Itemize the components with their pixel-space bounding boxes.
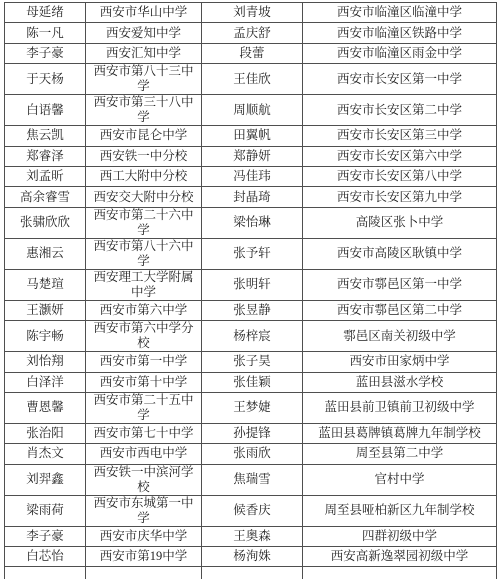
school-name-cell: 西安市临潼区铁路中学 bbox=[303, 23, 497, 43]
student-name-cell: 张治阳 bbox=[5, 423, 86, 443]
student-name-cell: 周顺航 bbox=[202, 95, 303, 126]
roster-row: 肖杰文 西安市西电中学 张雨欣 周至县第二中学 bbox=[5, 444, 497, 464]
student-name-cell: 王灏妍 bbox=[5, 300, 86, 320]
school-name-cell: 西安市第七十中学 bbox=[86, 423, 202, 443]
student-name-cell: 张予轩 bbox=[202, 238, 303, 269]
student-name-cell: 段蕾 bbox=[202, 43, 303, 63]
school-name-cell: 西安市第六中学分校 bbox=[86, 321, 202, 352]
student-name-cell: 张雨欣 bbox=[202, 444, 303, 464]
student-name-cell: 冯佳玮 bbox=[202, 166, 303, 186]
roster-row: 张治阳 西安市第七十中学 孙提锋 蓝田县葛牌镇葛牌九年制学校 bbox=[5, 423, 497, 443]
student-name-cell: 张佳颖 bbox=[202, 372, 303, 392]
roster-row: 曹恩馨 西安市第二十五中学 王梦婕 蓝田县前卫镇前卫初级中学 bbox=[5, 392, 497, 423]
school-name-cell: 西安交大附中分校 bbox=[86, 187, 202, 207]
school-name-cell: 西安市临潼区临潼中学 bbox=[303, 3, 497, 23]
student-name-cell: 焦云凯 bbox=[5, 126, 86, 146]
roster-row: 李子豪 西安汇知中学 段蕾 西安市临潼区雨金中学 bbox=[5, 43, 497, 63]
school-name-cell: 西安市第三十八中学 bbox=[86, 95, 202, 126]
student-name-cell: 陈一凡 bbox=[5, 23, 86, 43]
student-name-cell: 梁怡琳 bbox=[202, 207, 303, 238]
school-name-cell: 西安市临潼区雨金中学 bbox=[303, 43, 497, 63]
school-name-cell: 西安市高陵区耿镇中学 bbox=[303, 238, 497, 269]
school-name-cell: 西安市第一中学 bbox=[86, 352, 202, 372]
roster-row: 母延绪 西安市华山中学 刘青坡 西安市临潼区临潼中学 bbox=[5, 3, 497, 23]
roster-row: 张骕欣欣 西安市第二十六中学 梁怡琳 高陵区张卜中学 bbox=[5, 207, 497, 238]
roster-row: 刘孟昕 西工大附中分校 冯佳玮 西安市长安区第八中学 bbox=[5, 166, 497, 186]
school-name-cell: 西安市长安区第九中学 bbox=[303, 187, 497, 207]
school-name-cell: 蓝田县滋水学校 bbox=[303, 372, 497, 392]
student-name-cell: 焦瑞雪 bbox=[202, 464, 303, 494]
school-name-cell: 西安市长安区第六中学 bbox=[303, 146, 497, 166]
school-name-cell: 西安市昆仑中学 bbox=[86, 126, 202, 146]
school-name-cell: 西安铁一中分校 bbox=[86, 146, 202, 166]
student-name-cell: 母延绪 bbox=[5, 3, 86, 23]
student-name-cell: 肖杰文 bbox=[5, 444, 86, 464]
school-name-cell: 西工大附中分校 bbox=[86, 166, 202, 186]
school-name-cell: 西安市鄠邑区第一中学 bbox=[303, 269, 497, 300]
roster-row: 白泽洋 西安市第十中学 张佳颖 蓝田县滋水学校 bbox=[5, 372, 497, 392]
student-name-cell: 张子昊 bbox=[202, 352, 303, 372]
student-name-cell: 张骕欣欣 bbox=[5, 207, 86, 238]
roster-row: 陈宇畅 西安市第六中学分校 杨梓宸 鄠邑区南关初级中学 bbox=[5, 321, 497, 352]
school-name-cell: 西安市鄠邑区第二中学 bbox=[303, 300, 497, 320]
student-name-cell: 马楚瑄 bbox=[5, 269, 86, 300]
school-name-cell: 西安理工大学附属中学 bbox=[86, 269, 202, 300]
school-name-cell: 西安市长安区第八中学 bbox=[303, 166, 497, 186]
school-name-cell: 西安市长安区第三中学 bbox=[303, 126, 497, 146]
school-name-cell: 官村中学 bbox=[303, 464, 497, 494]
student-name-cell: 白语馨 bbox=[5, 95, 86, 126]
student-name-cell: 孟庆舒 bbox=[202, 23, 303, 43]
student-name-cell: 刘羿鑫 bbox=[5, 464, 86, 494]
school-name-cell: 西安市长安区第一中学 bbox=[303, 64, 497, 95]
student-name-cell: 刘青坡 bbox=[202, 3, 303, 23]
student-name-cell: 张明轩 bbox=[202, 269, 303, 300]
school-name-cell: 西安市长安区第二中学 bbox=[303, 95, 497, 126]
school-name-cell: 西安市第二十五中学 bbox=[86, 392, 202, 423]
student-roster-table: 母延绪 西安市华山中学 刘青坡 西安市临潼区临潼中学 陈一凡 西安爱知中学 孟庆… bbox=[4, 2, 497, 494]
student-name-cell: 杨梓宸 bbox=[202, 321, 303, 352]
student-roster: 母延绪 西安市华山中学 刘青坡 西安市临潼区临潼中学 陈一凡 西安爱知中学 孟庆… bbox=[4, 2, 496, 494]
school-name-cell: 西安市华山中学 bbox=[86, 3, 202, 23]
school-name-cell: 西安市西电中学 bbox=[86, 444, 202, 464]
school-name-cell: 西安铁一中滨河学校 bbox=[86, 464, 202, 494]
school-name-cell: 西安市第二十六中学 bbox=[86, 207, 202, 238]
student-name-cell: 封晶琦 bbox=[202, 187, 303, 207]
roster-row: 焦云凯 西安市昆仑中学 田翼帆 西安市长安区第三中学 bbox=[5, 126, 497, 146]
student-name-cell: 孙提锋 bbox=[202, 423, 303, 443]
school-name-cell: 蓝田县葛牌镇葛牌九年制学校 bbox=[303, 423, 497, 443]
roster-row: 陈一凡 西安爱知中学 孟庆舒 西安市临潼区铁路中学 bbox=[5, 23, 497, 43]
student-name-cell: 田翼帆 bbox=[202, 126, 303, 146]
school-name-cell: 西安市第八十三中学 bbox=[86, 64, 202, 95]
school-name-cell: 西安市第八十六中学 bbox=[86, 238, 202, 269]
school-name-cell: 鄠邑区南关初级中学 bbox=[303, 321, 497, 352]
roster-row: 惠湘云 西安市第八十六中学 张予轩 西安市高陵区耿镇中学 bbox=[5, 238, 497, 269]
student-name-cell: 高余睿雪 bbox=[5, 187, 86, 207]
student-name-cell: 李子豪 bbox=[5, 43, 86, 63]
student-name-cell: 郑静妍 bbox=[202, 146, 303, 166]
school-name-cell: 西安汇知中学 bbox=[86, 43, 202, 63]
student-name-cell: 刘孟昕 bbox=[5, 166, 86, 186]
student-name-cell: 惠湘云 bbox=[5, 238, 86, 269]
school-name-cell: 周至县第二中学 bbox=[303, 444, 497, 464]
school-name-cell: 西安市田家炳中学 bbox=[303, 352, 497, 372]
roster-row: 于天杨 西安市第八十三中学 王佳欣 西安市长安区第一中学 bbox=[5, 64, 497, 95]
roster-row: 刘羿鑫 西安铁一中滨河学校 焦瑞雪 官村中学 bbox=[5, 464, 497, 494]
student-name-cell: 王梦婕 bbox=[202, 392, 303, 423]
student-name-cell: 曹恩馨 bbox=[5, 392, 86, 423]
roster-body: 母延绪 西安市华山中学 刘青坡 西安市临潼区临潼中学 陈一凡 西安爱知中学 孟庆… bbox=[5, 3, 497, 495]
student-name-cell: 于天杨 bbox=[5, 64, 86, 95]
school-name-cell: 西安市第十中学 bbox=[86, 372, 202, 392]
school-name-cell: 蓝田县前卫镇前卫初级中学 bbox=[303, 392, 497, 423]
student-name-cell: 张昱静 bbox=[202, 300, 303, 320]
roster-row: 马楚瑄 西安理工大学附属中学 张明轩 西安市鄠邑区第一中学 bbox=[5, 269, 497, 300]
roster-row: 王灏妍 西安市第六中学 张昱静 西安市鄠邑区第二中学 bbox=[5, 300, 497, 320]
school-name-cell: 高陵区张卜中学 bbox=[303, 207, 497, 238]
school-name-cell: 西安爱知中学 bbox=[86, 23, 202, 43]
student-name-cell: 白泽洋 bbox=[5, 372, 86, 392]
roster-row: 高余睿雪 西安交大附中分校 封晶琦 西安市长安区第九中学 bbox=[5, 187, 497, 207]
roster-row: 刘怡翔 西安市第一中学 张子昊 西安市田家炳中学 bbox=[5, 352, 497, 372]
roster-row: 郑睿泽 西安铁一中分校 郑静妍 西安市长安区第六中学 bbox=[5, 146, 497, 166]
roster-row: 白语馨 西安市第三十八中学 周顺航 西安市长安区第二中学 bbox=[5, 95, 497, 126]
student-name-cell: 刘怡翔 bbox=[5, 352, 86, 372]
student-name-cell: 王佳欣 bbox=[202, 64, 303, 95]
student-name-cell: 陈宇畅 bbox=[5, 321, 86, 352]
school-name-cell: 西安市第六中学 bbox=[86, 300, 202, 320]
student-name-cell: 郑睿泽 bbox=[5, 146, 86, 166]
